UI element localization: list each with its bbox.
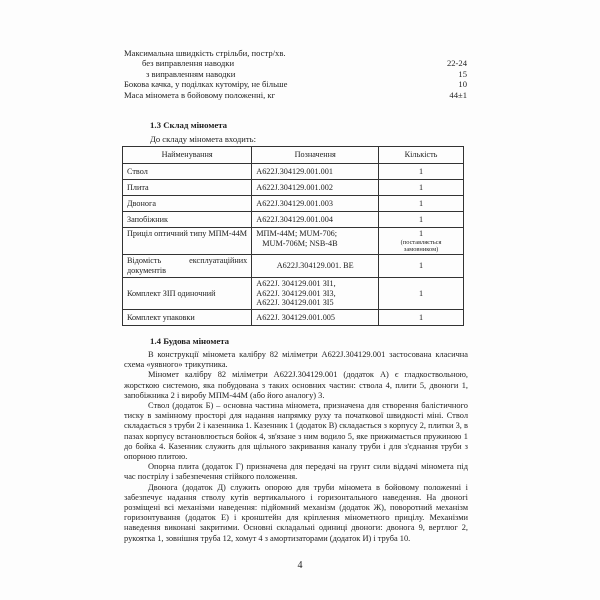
construction-body: В конструкції міномета калібру 82 міліме… xyxy=(124,350,468,544)
part-code: А622J.304129.001. ВЕ xyxy=(252,255,379,278)
paragraph: В конструкції міномета калібру 82 міліме… xyxy=(124,350,468,370)
part-qty: 1 xyxy=(379,255,464,278)
part-code: А622J.304129.001.002 xyxy=(252,180,379,196)
spec-label: Максимальна швидкість стрільби, постр/хв… xyxy=(124,48,286,58)
parts-table: Найменування Позначення Кількість Ствол … xyxy=(122,146,464,326)
spec-value xyxy=(437,48,469,58)
part-name: Відомість експлуатаційних документів xyxy=(123,255,252,278)
spec-label: Маса міномета в бойовому положенні, кг xyxy=(124,90,275,100)
part-qty: 1 xyxy=(383,229,459,239)
part-code: А622J.304129.001.004 xyxy=(252,212,379,228)
part-qty: 1 xyxy=(379,164,464,180)
part-name: Двонога xyxy=(123,196,252,212)
spec-label: з виправленням наводки xyxy=(124,69,235,79)
table-row: Комплект упаковки А622J. 304129.001.005 … xyxy=(123,310,464,326)
spec-row: без виправлення наводки 22-24 xyxy=(124,58,469,68)
document-page: Максимальна швидкість стрільби, постр/хв… xyxy=(0,0,600,600)
spec-value: 44±1 xyxy=(437,90,469,100)
specifications-list: Максимальна швидкість стрільби, постр/хв… xyxy=(124,48,469,100)
spec-value: 10 xyxy=(437,79,469,89)
spec-value: 22-24 xyxy=(437,58,469,68)
spec-row: з виправленням наводки 15 xyxy=(124,69,469,79)
part-code-line: А622J. 304129.001 ЗІ3, xyxy=(256,289,374,299)
paragraph: Ствол (додаток Б) – основна частина міно… xyxy=(124,401,468,462)
part-code: А622J. 304129.001.005 xyxy=(252,310,379,326)
spec-value: 15 xyxy=(437,69,469,79)
page-number: 4 xyxy=(0,560,600,571)
section-heading-construction: 1.4 Будова міномета xyxy=(150,336,229,346)
table-row: Комплект ЗІП одиночний А622J. 304129.001… xyxy=(123,277,464,309)
part-name: Комплект упаковки xyxy=(123,310,252,326)
part-code: МПМ-44М; MUM-706; MUM-706M; NSB-4B xyxy=(252,228,379,255)
part-name: Плита xyxy=(123,180,252,196)
part-code-line: MUM-706M; NSB-4B xyxy=(256,239,374,249)
paragraph: Міномет калібру 82 міліметри А622J.30412… xyxy=(124,370,468,401)
part-code-line: МПМ-44М; MUM-706; xyxy=(256,229,374,239)
part-code: А622J.304129.001.003 xyxy=(252,196,379,212)
part-code-line: А622J. 304129.001 ЗІ1, xyxy=(256,279,374,289)
table-row: Запобіжник А622J.304129.001.004 1 xyxy=(123,212,464,228)
spec-label: Бокова качка, у поділках кутоміру, не бі… xyxy=(124,79,287,89)
spec-row: Бокова качка, у поділках кутоміру, не бі… xyxy=(124,79,469,89)
table-header-row: Найменування Позначення Кількість xyxy=(123,147,464,164)
table-row: Плита А622J.304129.001.002 1 xyxy=(123,180,464,196)
paragraph: Опорна плита (додаток Г) призначена для … xyxy=(124,462,468,482)
spec-row: Маса міномета в бойовому положенні, кг 4… xyxy=(124,90,469,100)
column-header-designation: Позначення xyxy=(252,147,379,164)
part-qty: 1 xyxy=(379,212,464,228)
part-qty: 1 xyxy=(379,310,464,326)
part-qty: 1 xyxy=(379,196,464,212)
column-header-quantity: Кількість xyxy=(379,147,464,164)
section-heading-composition: 1.3 Склад міномета xyxy=(150,120,227,130)
part-name: Ствол xyxy=(123,164,252,180)
part-qty: 1 xyxy=(379,180,464,196)
table-row: Відомість експлуатаційних документів А62… xyxy=(123,255,464,278)
composition-intro: До складу міномета входить: xyxy=(150,134,256,144)
spec-label: без виправлення наводки xyxy=(124,58,234,68)
part-name: Запобіжник xyxy=(123,212,252,228)
part-name: Комплект ЗІП одиночний xyxy=(123,277,252,309)
table-row: Ствол А622J.304129.001.001 1 xyxy=(123,164,464,180)
part-code-line: А622J. 304129.001 ЗІ5 xyxy=(256,298,374,308)
part-qty: 1 xyxy=(379,277,464,309)
part-code: А622J. 304129.001 ЗІ1, А622J. 304129.001… xyxy=(252,277,379,309)
part-qty-cell: 1 (поставляється замовником) xyxy=(379,228,464,255)
spec-row: Максимальна швидкість стрільби, постр/хв… xyxy=(124,48,469,58)
part-name: Приціл оптичний типу МПМ-44М xyxy=(123,228,252,255)
table-row: Двонога А622J.304129.001.003 1 xyxy=(123,196,464,212)
part-code: А622J.304129.001.001 xyxy=(252,164,379,180)
paragraph: Двонога (додаток Д) служить опорою для т… xyxy=(124,483,468,544)
part-qty-note: (поставляється замовником) xyxy=(383,239,459,253)
column-header-name: Найменування xyxy=(123,147,252,164)
table-row: Приціл оптичний типу МПМ-44М МПМ-44М; MU… xyxy=(123,228,464,255)
